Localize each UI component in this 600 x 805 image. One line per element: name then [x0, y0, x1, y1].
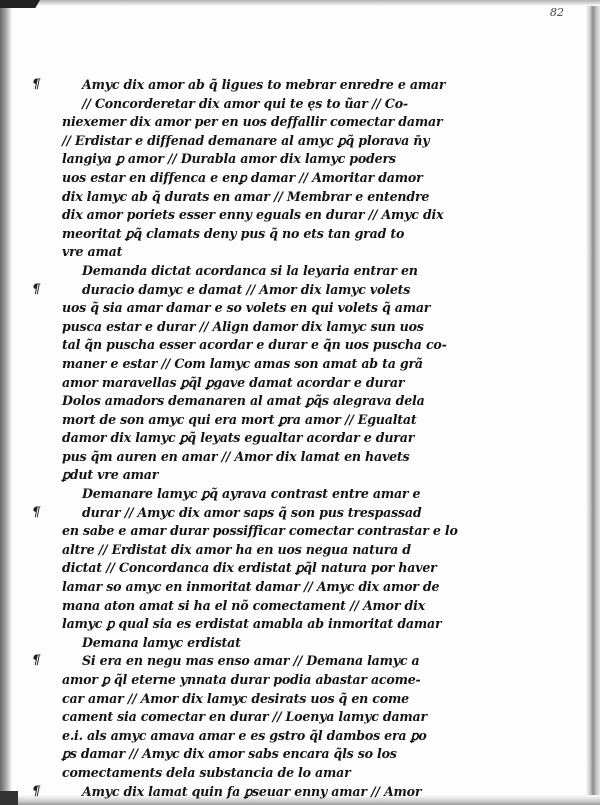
- line-text: maner e estar // Com lamyc amas son amat…: [62, 356, 423, 371]
- manuscript-line: lamyc ꝑ qual sia es erdistat amabla ab i…: [62, 615, 472, 634]
- line-text: ꝑdut vre amar: [62, 467, 158, 482]
- manuscript-line: uos q̃ sia amar damar e so volets en qui…: [62, 299, 472, 318]
- scan-corner-top-left: [0, 0, 40, 8]
- manuscript-line: cament sia comectar en durar // Loenya l…: [62, 708, 472, 727]
- line-text: Amyc dix lamat quin fa ꝑseuar enny amar …: [82, 784, 421, 799]
- paragraph-mark: ¶: [32, 783, 40, 802]
- line-text: langiya ꝑ amor // Durabla amor dix lamyc…: [62, 151, 396, 166]
- manuscript-line: dix amor poriets esser enny eguals en du…: [62, 206, 472, 225]
- line-text: Demanda dictat acordanca si la leyaria e…: [82, 263, 418, 278]
- manuscript-line: damor dix lamyc ꝑq̃ leyats egualtar acor…: [62, 429, 472, 448]
- line-text: duracio damyc e damat // Amor dix lamyc …: [82, 282, 410, 297]
- line-text: lamyc ꝑ qual sia es erdistat amabla ab i…: [62, 616, 441, 631]
- line-text: mana aton amat si ha el nõ comectament /…: [62, 598, 425, 613]
- line-text: pus q̃m auren en amar // Amor dix lamat …: [62, 449, 409, 464]
- manuscript-line: mort de son amyc qui era mort ꝑra amor /…: [62, 411, 472, 430]
- line-text: amor maravellas ꝑq̃l ꝑgave damat acordar…: [62, 375, 404, 390]
- paragraph-mark: ¶: [32, 504, 40, 523]
- manuscript-line: mana aton amat si ha el nõ comectament /…: [62, 597, 472, 616]
- manuscript-line: ¶durar // Amyc dix amor saps q̃ son pus …: [62, 504, 472, 523]
- manuscript-line: ¶duracio damyc e damat // Amor dix lamyc…: [62, 281, 472, 300]
- line-text: dix lamyc ab q̃ durats en amar // Membra…: [62, 189, 429, 204]
- manuscript-line: maner e estar // Com lamyc amas son amat…: [62, 355, 472, 374]
- line-text: tal q̃n puscha esser acordar e durar e q…: [62, 337, 447, 352]
- manuscript-line: tal q̃n puscha esser acordar e durar e q…: [62, 336, 472, 355]
- line-text: durar // Amyc dix amor saps q̃ son pus t…: [82, 505, 421, 520]
- line-text: Dolos amadors demanaren al amat ꝑq̃s ale…: [62, 393, 425, 408]
- manuscript-text-block: ¶Amyc dix amor ab q̃ ligues to mebrar en…: [62, 76, 472, 801]
- manuscript-page: 82 ¶Amyc dix amor ab q̃ ligues to mebrar…: [0, 0, 600, 805]
- manuscript-line: vre amat: [62, 243, 472, 262]
- manuscript-line: en sabe e amar durar possifficar comecta…: [62, 522, 472, 541]
- line-text: // Concorderetar dix amor qui te ęs to ũ…: [82, 96, 408, 111]
- line-text: dictat // Concordanca dix erdistat ꝑq̃l …: [62, 560, 437, 575]
- line-text: Demanare lamyc ꝑq̃ ayrava contrast entre…: [82, 486, 420, 501]
- manuscript-line: meoritat ꝑq̃ clamats deny pus q̃ no ets …: [62, 225, 472, 244]
- folio-number: 82: [550, 6, 564, 19]
- manuscript-line: Demana lamyc erdistat: [62, 634, 472, 653]
- manuscript-line: Dolos amadors demanaren al amat ꝑq̃s ale…: [62, 392, 472, 411]
- line-text: lamar so amyc en inmoritat damar // Amyc…: [62, 579, 439, 594]
- manuscript-line: ꝑdut vre amar: [62, 466, 472, 485]
- paragraph-mark: ¶: [32, 281, 40, 300]
- manuscript-line: dictat // Concordanca dix erdistat ꝑq̃l …: [62, 559, 472, 578]
- line-text: dix amor poriets esser enny eguals en du…: [62, 207, 443, 222]
- manuscript-line: lamar so amyc en inmoritat damar // Amyc…: [62, 578, 472, 597]
- paragraph-mark: ¶: [32, 76, 40, 95]
- line-text: uos estar en diffenca e enꝑ damar // Amo…: [62, 170, 423, 185]
- manuscript-line: // Concorderetar dix amor qui te ęs to ũ…: [62, 95, 472, 114]
- line-text: altre // Erdistat dix amor ha en uos neg…: [62, 542, 411, 557]
- manuscript-line: pus q̃m auren en amar // Amor dix lamat …: [62, 448, 472, 467]
- line-text: damor dix lamyc ꝑq̃ leyats egualtar acor…: [62, 430, 414, 445]
- line-text: uos q̃ sia amar damar e so volets en qui…: [62, 300, 430, 315]
- line-text: niexemer dix amor per en uos deffallir c…: [62, 114, 442, 129]
- page-edge-right: [586, 0, 600, 805]
- manuscript-line: ¶Si era en negu mas enso amar // Demana …: [62, 652, 472, 671]
- manuscript-line: niexemer dix amor per en uos deffallir c…: [62, 113, 472, 132]
- line-text: Demana lamyc erdistat: [82, 635, 241, 650]
- manuscript-line: uos estar en diffenca e enꝑ damar // Amo…: [62, 169, 472, 188]
- line-text: car amar // Amor dix lamyc desirats uos …: [62, 691, 409, 706]
- manuscript-line: altre // Erdistat dix amor ha en uos neg…: [62, 541, 472, 560]
- manuscript-line: ꝑs damar // Amyc dix amor sabs encara q̃…: [62, 745, 472, 764]
- line-text: pusca estar e durar // Align damor dix l…: [62, 319, 424, 334]
- manuscript-line: e.i. als amyc amava amar e es gstro q̃l …: [62, 727, 472, 746]
- manuscript-line: amor ꝑ q̃l eterne ynnata durar podia aba…: [62, 671, 472, 690]
- line-text: Amyc dix amor ab q̃ ligues to mebrar enr…: [82, 77, 445, 92]
- manuscript-line: dix lamyc ab q̃ durats en amar // Membra…: [62, 188, 472, 207]
- manuscript-line: langiya ꝑ amor // Durabla amor dix lamyc…: [62, 150, 472, 169]
- line-text: comectaments dela substancia de lo amar: [62, 765, 351, 780]
- line-text: mort de son amyc qui era mort ꝑra amor /…: [62, 412, 417, 427]
- line-text: en sabe e amar durar possifficar comecta…: [62, 523, 458, 538]
- manuscript-line: amor maravellas ꝑq̃l ꝑgave damat acordar…: [62, 374, 472, 393]
- binding-shadow-left: [0, 0, 12, 805]
- manuscript-line: // Erdistar e diffenad demanare al amyc …: [62, 132, 472, 151]
- line-text: e.i. als amyc amava amar e es gstro q̃l …: [62, 728, 427, 743]
- manuscript-line: Demanare lamyc ꝑq̃ ayrava contrast entre…: [62, 485, 472, 504]
- manuscript-line: pusca estar e durar // Align damor dix l…: [62, 318, 472, 337]
- line-text: amor ꝑ q̃l eterne ynnata durar podia aba…: [62, 672, 421, 687]
- manuscript-line: ¶Amyc dix amor ab q̃ ligues to mebrar en…: [62, 76, 472, 95]
- manuscript-line: ¶Amyc dix lamat quin fa ꝑseuar enny amar…: [62, 783, 472, 802]
- line-text: Si era en negu mas enso amar // Demana l…: [82, 653, 420, 668]
- manuscript-line: Demanda dictat acordanca si la leyaria e…: [62, 262, 472, 281]
- manuscript-line: car amar // Amor dix lamyc desirats uos …: [62, 690, 472, 709]
- paragraph-mark: ¶: [32, 652, 40, 671]
- page-edge-top: [0, 0, 600, 6]
- line-text: ꝑs damar // Amyc dix amor sabs encara q̃…: [62, 746, 397, 761]
- line-text: cament sia comectar en durar // Loenya l…: [62, 709, 427, 724]
- line-text: meoritat ꝑq̃ clamats deny pus q̃ no ets …: [62, 226, 404, 241]
- line-text: vre amat: [62, 244, 122, 259]
- line-text: // Erdistar e diffenad demanare al amyc …: [62, 133, 429, 148]
- manuscript-line: comectaments dela substancia de lo amar: [62, 764, 472, 783]
- scan-corner-bottom-left: [0, 791, 18, 805]
